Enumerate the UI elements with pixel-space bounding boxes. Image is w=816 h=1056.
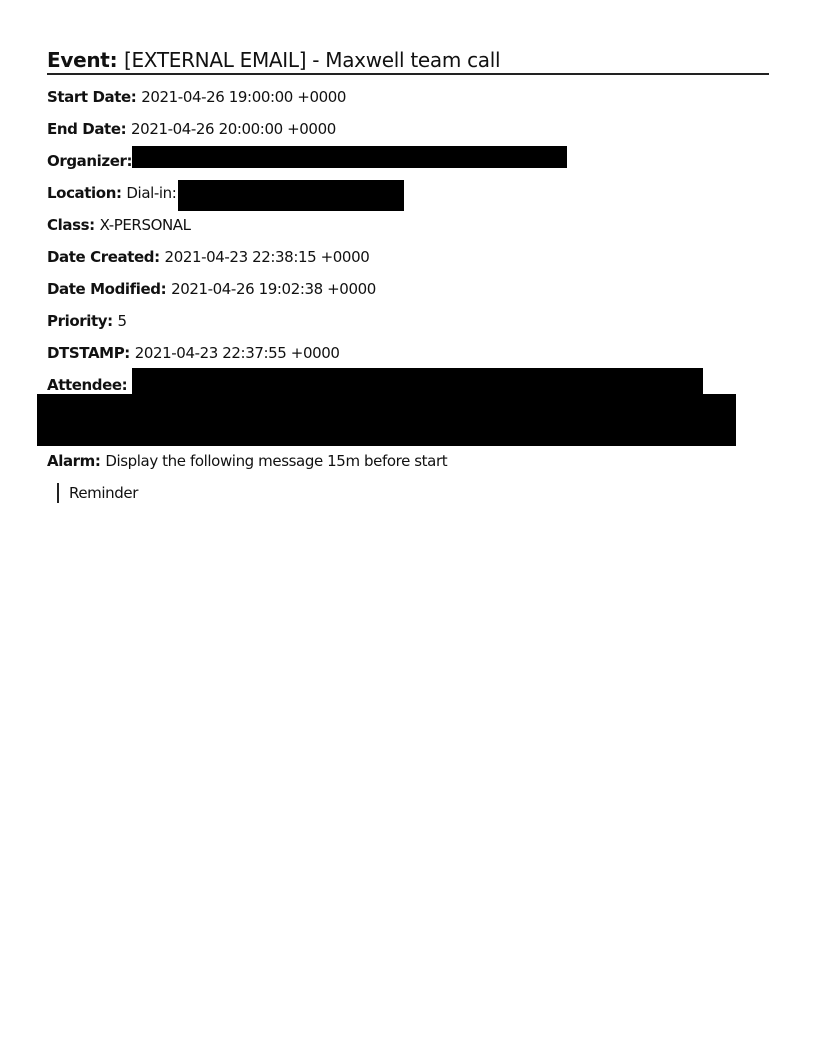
- class-value: X-PERSONAL: [100, 216, 191, 234]
- attendee-redaction-2: [37, 394, 736, 446]
- date-modified-row: Date Modified: 2021-04-26 19:02:38 +0000: [47, 279, 376, 299]
- priority-row: Priority: 5: [47, 311, 127, 331]
- class-row: Class: X-PERSONAL: [47, 215, 191, 235]
- location-value: Dial-in:: [126, 184, 176, 202]
- dtstamp-value: 2021-04-23 22:37:55 +0000: [135, 344, 340, 362]
- dtstamp-label: DTSTAMP:: [47, 344, 135, 362]
- event-title: Event: [EXTERNAL EMAIL] - Maxwell team c…: [47, 47, 769, 75]
- end-date-value: 2021-04-26 20:00:00 +0000: [131, 120, 336, 138]
- alarm-label: Alarm:: [47, 452, 105, 470]
- alarm-row: Alarm: Display the following message 15m…: [47, 451, 447, 471]
- class-label: Class:: [47, 216, 100, 234]
- end-date-row: End Date: 2021-04-26 20:00:00 +0000: [47, 119, 336, 139]
- alarm-value: Display the following message 15m before…: [105, 452, 447, 470]
- organizer-redaction: [132, 146, 567, 168]
- date-modified-label: Date Modified:: [47, 280, 171, 298]
- organizer-label: Organizer:: [47, 152, 132, 170]
- event-label: Event:: [47, 48, 124, 72]
- alarm-message: Reminder: [57, 483, 138, 503]
- date-modified-value: 2021-04-26 19:02:38 +0000: [171, 280, 376, 298]
- end-date-label: End Date:: [47, 120, 131, 138]
- attendee-label: Attendee:: [47, 376, 127, 394]
- date-created-row: Date Created: 2021-04-23 22:38:15 +0000: [47, 247, 369, 267]
- attendee-row: Attendee:: [47, 375, 127, 395]
- priority-value: 5: [118, 312, 127, 330]
- location-label: Location:: [47, 184, 126, 202]
- date-created-value: 2021-04-23 22:38:15 +0000: [165, 248, 370, 266]
- start-date-label: Start Date:: [47, 88, 141, 106]
- dtstamp-row: DTSTAMP: 2021-04-23 22:37:55 +0000: [47, 343, 340, 363]
- event-title-text: [EXTERNAL EMAIL] - Maxwell team call: [124, 48, 500, 72]
- location-row: Location: Dial-in:: [47, 183, 176, 203]
- location-redaction: [178, 180, 404, 211]
- organizer-row: Organizer:: [47, 151, 132, 171]
- start-date-value: 2021-04-26 19:00:00 +0000: [141, 88, 346, 106]
- attendee-redaction-1: [132, 368, 703, 396]
- priority-label: Priority:: [47, 312, 118, 330]
- date-created-label: Date Created:: [47, 248, 165, 266]
- start-date-row: Start Date: 2021-04-26 19:00:00 +0000: [47, 87, 346, 107]
